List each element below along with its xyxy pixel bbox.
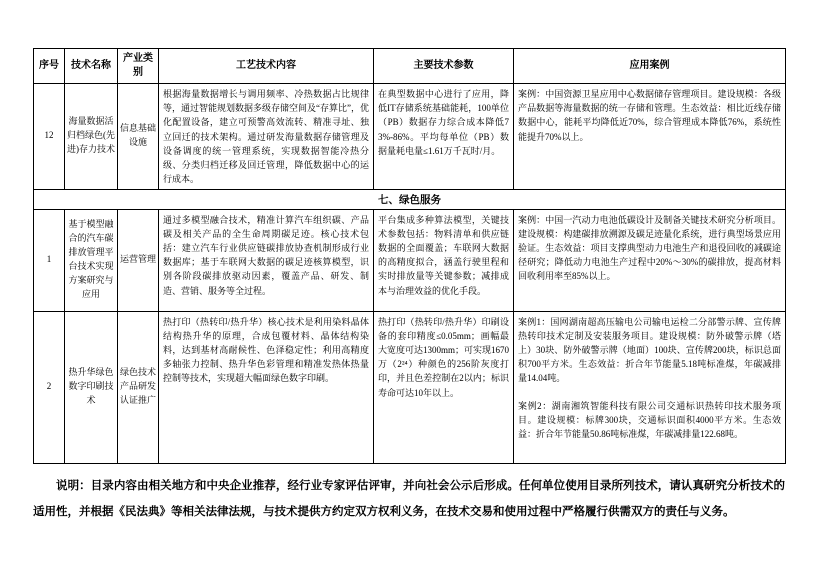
cell-cases: 案例：中国一汽动力电池低碳设计及制备关键技术研究分析项目。建设规模：构建碳排放溯…	[514, 209, 786, 311]
case-paragraph: 案例：中国一汽动力电池低碳设计及制备关键技术研究分析项目。建设规模：构建碳排放溯…	[518, 213, 781, 284]
cell-category: 运营管理	[118, 209, 159, 311]
column-header-name: 技术名称	[65, 49, 118, 84]
cell-content: 通过多模型融合技术，精准计算汽车组织碳、产品碳及相关产品的全生命周期碳足迹。核心…	[159, 209, 374, 311]
cell-category: 信息基础设施	[118, 84, 159, 190]
technology-catalog-table: 序号 技术名称 产业类别 工艺技术内容 主要技术参数 应用案例 12 海量数据活…	[33, 48, 786, 464]
case-paragraph-2: 案例2：湖南湘筑智能科技有限公司交通标识热转印技术服务项目。建设规模：标牌300…	[518, 399, 781, 442]
cell-cases: 案例1：国网湖南超高压输电公司输电运检二分部警示牌、宣传牌热转印技术定制及安装服…	[514, 311, 786, 463]
cell-category: 绿色技术产品研发认证推广	[118, 311, 159, 463]
table-row-2: 2 热升华绿色数字印刷技术 绿色技术产品研发认证推广 热打印（热转印/热升华）核…	[34, 311, 786, 463]
column-header-content: 工艺技术内容	[159, 49, 374, 84]
cell-no: 1	[34, 209, 65, 311]
table-row-12: 12 海量数据活归档绿色(先进)存力技术 信息基础设施 根据海量数据增长与调用频…	[34, 84, 786, 190]
case-paragraph-1: 案例1：国网湖南超高压输电公司输电运检二分部警示牌、宣传牌热转印技术定制及安装服…	[518, 315, 781, 386]
case-paragraph: 案例：中国资源卫星应用中心数据储存管理项目。建设规模：各级产品数据等海量数据的统…	[518, 87, 781, 144]
cell-tech-name: 基于模型融合的汽车碳排放管理平台技术实现方案研究与应用	[65, 209, 118, 311]
cell-no: 2	[34, 311, 65, 463]
column-header-params: 主要技术参数	[374, 49, 514, 84]
cell-no: 12	[34, 84, 65, 190]
footer-note: 说明：目录内容由相关地方和中央企业推荐，经行业专家评估评审，并向社会公示后形成。…	[33, 474, 785, 526]
document-page: 序号 技术名称 产业类别 工艺技术内容 主要技术参数 应用案例 12 海量数据活…	[0, 0, 818, 578]
column-header-category: 产业类别	[118, 49, 159, 84]
section-header-row: 七、绿色服务	[34, 189, 786, 209]
cell-params: 热打印（热转印/热升华）印刷设备的套印精度≤0.05mm；画幅最大宽度可达130…	[374, 311, 514, 463]
section-title: 七、绿色服务	[34, 189, 786, 209]
column-header-no: 序号	[34, 49, 65, 84]
table-header-row: 序号 技术名称 产业类别 工艺技术内容 主要技术参数 应用案例	[34, 49, 786, 84]
cell-tech-name: 热升华绿色数字印刷技术	[65, 311, 118, 463]
table-row-1: 1 基于模型融合的汽车碳排放管理平台技术实现方案研究与应用 运营管理 通过多模型…	[34, 209, 786, 311]
cell-params: 平台集成多种算法模型，关键技术参数包括：物料清单和供应链数据的全面覆盖；车联网大…	[374, 209, 514, 311]
column-header-cases: 应用案例	[514, 49, 786, 84]
cell-content: 热打印（热转印/热升华）核心技术是利用染料晶体结构热升华的原理，合成包覆材料、晶…	[159, 311, 374, 463]
cell-params: 在典型数据中心进行了应用，降低IT存储系统基础能耗，100单位（PB）数据存力综…	[374, 84, 514, 190]
cell-cases: 案例：中国资源卫星应用中心数据储存管理项目。建设规模：各级产品数据等海量数据的统…	[514, 84, 786, 190]
cell-content: 根据海量数据增长与调用频率、冷热数据占比规律等，通过智能规划数据多级存储空间及“…	[159, 84, 374, 190]
cell-tech-name: 海量数据活归档绿色(先进)存力技术	[65, 84, 118, 190]
